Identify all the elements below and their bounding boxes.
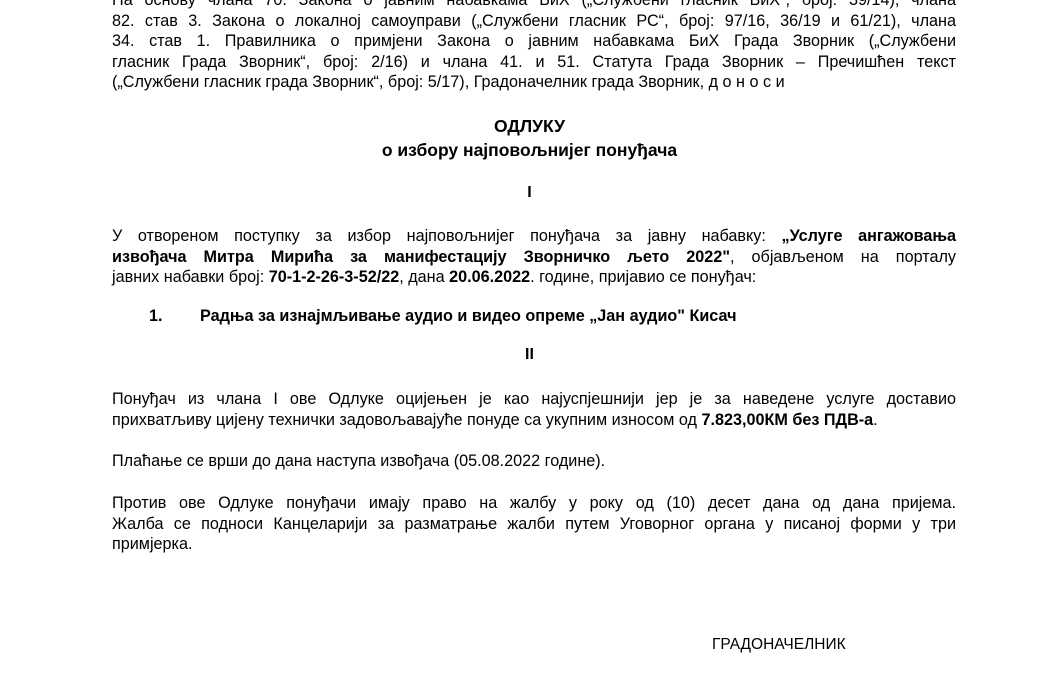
text: прихватљиву цијену технички задовољавају…	[112, 411, 702, 429]
procurement-number: 70-1-2-26-3-52/22	[269, 268, 399, 286]
preamble-line: („Службени гласник града Зворник“, број:…	[112, 72, 956, 93]
section-heading-2: II	[0, 346, 1059, 364]
bidder-number: 1.	[149, 307, 200, 326]
procurement-title-cont: извођача Митра Мирића за манифестацију З…	[112, 248, 730, 266]
paragraph-line: Понуђач из члана I ове Одлуке оцијењен ј…	[112, 389, 956, 410]
paragraph-line: прихватљиву цијену технички задовољавају…	[112, 410, 956, 431]
payment-paragraph: Плаћање се врши до дана наступа извођача…	[112, 451, 956, 472]
paragraph-line: Плаћање се врши до дана наступа извођача…	[112, 451, 956, 472]
text: јавних набавки број:	[112, 268, 269, 286]
paragraph-line: Жалба се подноси Канцеларији за разматра…	[112, 514, 956, 535]
text: У отвореном поступку за избор најповољни…	[112, 227, 782, 245]
text: .	[873, 411, 878, 429]
bidder-name: Радња за изнајмљивање аудио и видео опре…	[200, 307, 737, 325]
appeal-paragraph: Против ове Одлуке понуђачи имају право н…	[112, 493, 956, 555]
paragraph-line: јавних набавки број: 70-1-2-26-3-52/22, …	[112, 267, 956, 288]
preamble-line: 34. став 1. Правилника о примјени Закона…	[112, 31, 956, 52]
document-title: ОДЛУКУ	[0, 116, 1059, 137]
preamble-line: На основу члана 70. Закона о јавним наба…	[112, 0, 956, 11]
text: . године, пријавио се понуђач:	[530, 268, 756, 286]
section-1-paragraph: У отвореном поступку за избор најповољни…	[112, 226, 956, 288]
section-2-paragraph: Понуђач из члана I ове Одлуке оцијењен ј…	[112, 389, 956, 430]
paragraph-line: Против ове Одлуке понуђачи имају право н…	[112, 493, 956, 514]
text: , дана	[399, 268, 449, 286]
preamble-line: 82. став 3. Закона о локалној самоуправи…	[112, 11, 956, 32]
section-heading-1: I	[0, 184, 1059, 202]
signature-title: ГРАДОНАЧЕЛНИК	[712, 636, 846, 654]
paragraph-line: У отвореном поступку за избор најповољни…	[112, 226, 956, 247]
preamble-line: гласник Града Зворник“, број: 2/16) и чл…	[112, 52, 956, 73]
text: , објављеном на порталу	[730, 248, 956, 266]
document-subtitle: о избору најповољнијег понуђача	[0, 140, 1059, 161]
preamble-paragraph: На основу члана 70. Закона о јавним наба…	[112, 0, 956, 93]
paragraph-line: примјерка.	[112, 534, 956, 555]
document-page: На основу члана 70. Закона о јавним наба…	[0, 0, 1059, 675]
total-amount: 7.823,00КМ без ПДВ-а	[702, 411, 874, 429]
paragraph-line: извођача Митра Мирића за манифестацију З…	[112, 247, 956, 268]
bidder-list-item: 1.Радња за изнајмљивање аудио и видео оп…	[149, 307, 737, 326]
publication-date: 20.06.2022	[449, 268, 530, 286]
procurement-title: „Услуге ангажовања	[782, 227, 957, 245]
